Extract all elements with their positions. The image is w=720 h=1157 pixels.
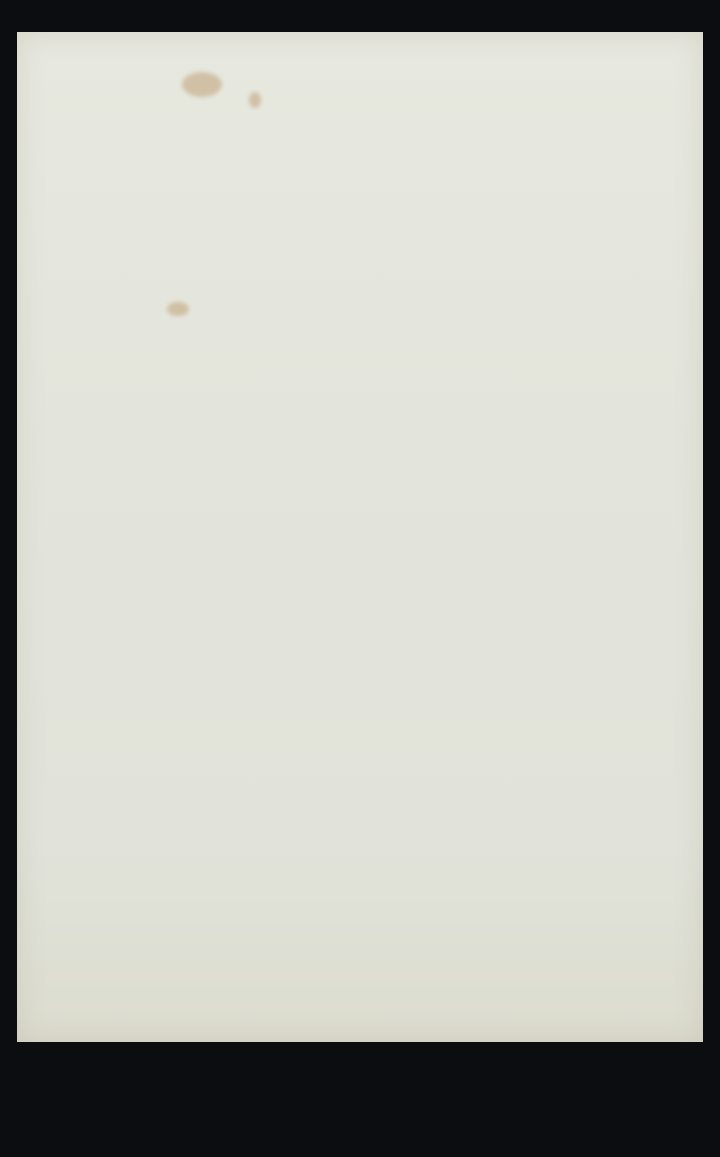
ink-stain xyxy=(167,302,189,316)
ink-stain xyxy=(249,92,261,108)
ink-stain xyxy=(182,72,222,97)
manuscript-page xyxy=(17,32,703,1042)
